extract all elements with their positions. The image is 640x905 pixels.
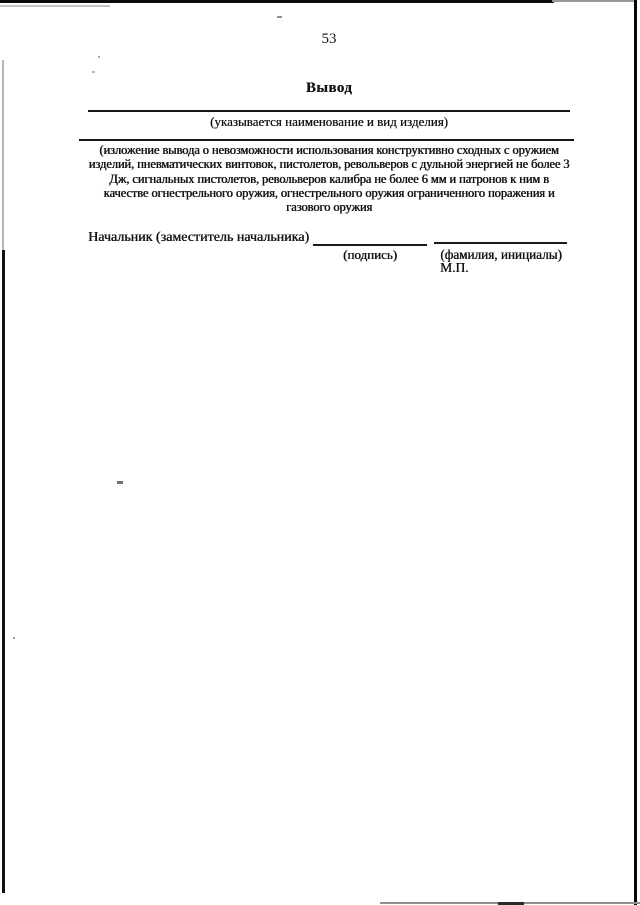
- scanned-document-page: 53 Вывод (указывается наименование и вид…: [0, 0, 640, 905]
- scan-artifact-right-edge: [634, 0, 637, 905]
- official-role-label: Начальник (заместитель начальника): [88, 230, 309, 246]
- conclusion-note-line: изделий, пневматических винтовок, пистол…: [84, 157, 574, 171]
- conclusion-fill-in-line: [79, 139, 574, 141]
- signature-fill-in-line: [313, 244, 427, 246]
- scan-artifact-left-edge-light: [2, 60, 4, 250]
- signature-caption: (подпись): [313, 247, 427, 263]
- name-fill-in-line: [434, 242, 567, 244]
- stamp-place-mark: М.П.: [440, 260, 469, 276]
- product-name-caption: (указывается наименование и вид изделия): [84, 114, 574, 130]
- conclusion-note-line: Дж, сигнальных пистолетов, револьверов к…: [84, 172, 574, 186]
- product-name-fill-in-line: [88, 110, 570, 112]
- scan-artifact-left-edge-dark: [2, 250, 5, 893]
- document-content: 53 Вывод (указывается наименование и вид…: [84, 0, 574, 905]
- conclusion-note-line: качестве огнестрельного оружия, огнестре…: [84, 186, 574, 200]
- conclusion-note-line: (изложение вывода о невозможности исполь…: [84, 143, 574, 157]
- conclusion-note-line: газового оружия: [84, 200, 574, 214]
- page-number: 53: [84, 31, 574, 47]
- scan-speck: [13, 637, 15, 639]
- conclusion-note: (изложение вывода о невозможности исполь…: [84, 143, 574, 214]
- section-title: Вывод: [84, 80, 574, 97]
